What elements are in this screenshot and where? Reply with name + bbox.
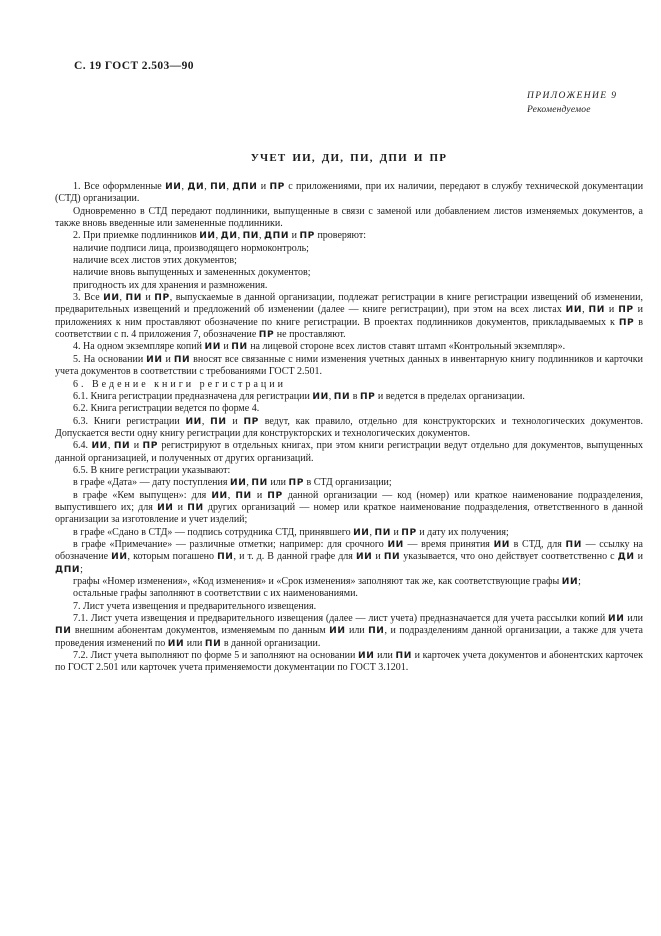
- document-code: ИИ: [157, 503, 173, 513]
- document-code: ПИ: [368, 626, 384, 636]
- document-code: ИИ: [103, 293, 119, 303]
- document-page: С. 19 ГОСТ 2.503—90 ПРИЛОЖЕНИЕ 9 Рекомен…: [0, 0, 661, 936]
- document-code: ИИ: [204, 342, 220, 352]
- document-code: ПИ: [243, 231, 259, 241]
- appendix-label: ПРИЛОЖЕНИЕ 9: [527, 90, 617, 104]
- document-code: ИИ: [165, 182, 181, 192]
- document-code: ПИ: [174, 355, 190, 365]
- paragraph-20: в графе «Примечание» — различные отметки…: [55, 539, 643, 576]
- document-code: ИИ: [353, 528, 369, 538]
- page-title: УЧЕТ ИИ, ДИ, ПИ, ДПИ И ПР: [55, 152, 643, 164]
- document-code: ПИ: [334, 392, 350, 402]
- document-code: ИИ: [358, 651, 374, 661]
- paragraph-21: графы «Номер изменения», «Код изменения»…: [55, 576, 643, 588]
- document-code: ПИ: [375, 528, 391, 538]
- document-code: ПИ: [217, 552, 233, 562]
- document-code: ИИ: [387, 540, 403, 550]
- document-code: ПР: [267, 491, 282, 501]
- document-code: ПР: [269, 182, 284, 192]
- document-code: ДПИ: [232, 182, 257, 192]
- document-code: ПИ: [55, 626, 71, 636]
- document-code: ИИ: [356, 552, 372, 562]
- paragraph-25: 7.2. Лист учета выполняют по форме 5 и з…: [55, 650, 643, 675]
- document-code: ДПИ: [264, 231, 289, 241]
- document-code: ИИ: [230, 478, 246, 488]
- paragraph-15: 6.4. ИИ, ПИ и ПР регистрируют в отдельны…: [55, 440, 643, 465]
- paragraph-6: наличие вновь выпущенных и замененных до…: [55, 267, 643, 279]
- paragraph-24: 7.1. Лист учета извещения и предваритель…: [55, 613, 643, 650]
- paragraph-13: 6.2. Книга регистрации ведется по форме …: [55, 403, 643, 415]
- paragraph-11: 6. Ведение книги регистрации: [55, 379, 643, 391]
- document-code: ПР: [299, 231, 314, 241]
- document-code: ИИ: [111, 552, 127, 562]
- document-code: ИИ: [608, 614, 624, 624]
- document-code: ПР: [289, 478, 304, 488]
- document-code: ДИ: [618, 552, 635, 562]
- document-code: ПИ: [384, 552, 400, 562]
- document-code: ПИ: [235, 491, 251, 501]
- document-code: ПИ: [231, 342, 247, 352]
- paragraph-1: 1. Все оформленные ИИ, ДИ, ПИ, ДПИ и ПР …: [55, 181, 643, 206]
- document-body: 1. Все оформленные ИИ, ДИ, ПИ, ДПИ и ПР …: [55, 181, 643, 675]
- running-header: С. 19 ГОСТ 2.503—90: [74, 60, 194, 72]
- appendix-type-label: Рекомендуемое: [527, 104, 617, 118]
- paragraph-10: 5. На основании ИИ и ПИ вносят все связа…: [55, 354, 643, 379]
- document-code: ПР: [143, 441, 158, 451]
- document-code: ПР: [154, 293, 169, 303]
- document-code: ПР: [360, 392, 375, 402]
- document-code: ПИ: [205, 639, 221, 649]
- document-code: ПИ: [589, 305, 605, 315]
- paragraph-7: пригодность их для хранения и размножени…: [55, 280, 643, 292]
- paragraph-18: в графе «Кем выпущен»: для ИИ, ПИ и ПР д…: [55, 490, 643, 527]
- document-code: ИИ: [312, 392, 328, 402]
- document-code: ДПИ: [55, 565, 80, 575]
- paragraph-14: 6.3. Книги регистрации ИИ, ПИ и ПР ведут…: [55, 416, 643, 441]
- paragraph-16: 6.5. В книге регистрации указывают:: [55, 465, 643, 477]
- document-code: ИИ: [91, 441, 107, 451]
- document-code: ПИ: [566, 540, 582, 550]
- document-code: ПР: [401, 528, 416, 538]
- paragraph-4: наличие подписи лица, производящего норм…: [55, 243, 643, 255]
- document-code: ПР: [259, 330, 274, 340]
- document-code: ДИ: [221, 231, 238, 241]
- document-code: ИИ: [562, 577, 578, 587]
- paragraph-19: в графе «Сдано в СТД» — подпись сотрудни…: [55, 527, 643, 539]
- paragraph-8: 3. Все ИИ, ПИ и ПР, выпускаемые в данной…: [55, 292, 643, 341]
- document-code: ПИ: [210, 417, 226, 427]
- document-code: ИИ: [566, 305, 582, 315]
- document-code: ИИ: [199, 231, 215, 241]
- document-code: ИИ: [329, 626, 345, 636]
- paragraph-5: наличие всех листов этих документов;: [55, 255, 643, 267]
- document-code: ПР: [618, 305, 633, 315]
- document-code: ИИ: [494, 540, 510, 550]
- paragraph-12: 6.1. Книга регистрации предназначена для…: [55, 391, 643, 403]
- document-code: ДИ: [187, 182, 204, 192]
- document-code: ИИ: [168, 639, 184, 649]
- document-code: ИИ: [146, 355, 162, 365]
- document-code: ПИ: [395, 651, 411, 661]
- document-code: ПР: [619, 318, 634, 328]
- paragraph-9: 4. На одном экземпляре копий ИИ и ПИ на …: [55, 341, 643, 353]
- paragraph-22: остальные графы заполняют в соответствии…: [55, 588, 643, 600]
- document-code: ИИ: [211, 491, 227, 501]
- document-code: ПИ: [187, 503, 203, 513]
- paragraph-3: 2. При приемке подлинников ИИ, ДИ, ПИ, Д…: [55, 230, 643, 242]
- document-code: ИИ: [185, 417, 201, 427]
- document-code: ПИ: [251, 478, 267, 488]
- document-code: ПИ: [126, 293, 142, 303]
- document-code: ПИ: [114, 441, 130, 451]
- appendix-block: ПРИЛОЖЕНИЕ 9 Рекомендуемое: [527, 90, 617, 117]
- document-code: ПИ: [210, 182, 226, 192]
- document-code: ПР: [243, 417, 258, 427]
- paragraph-23: 7. Лист учета извещения и предварительно…: [55, 601, 643, 613]
- paragraph-17: в графе «Дата» — дату поступления ИИ, ПИ…: [55, 477, 643, 489]
- paragraph-2: Одновременно в СТД передают подлинники, …: [55, 206, 643, 231]
